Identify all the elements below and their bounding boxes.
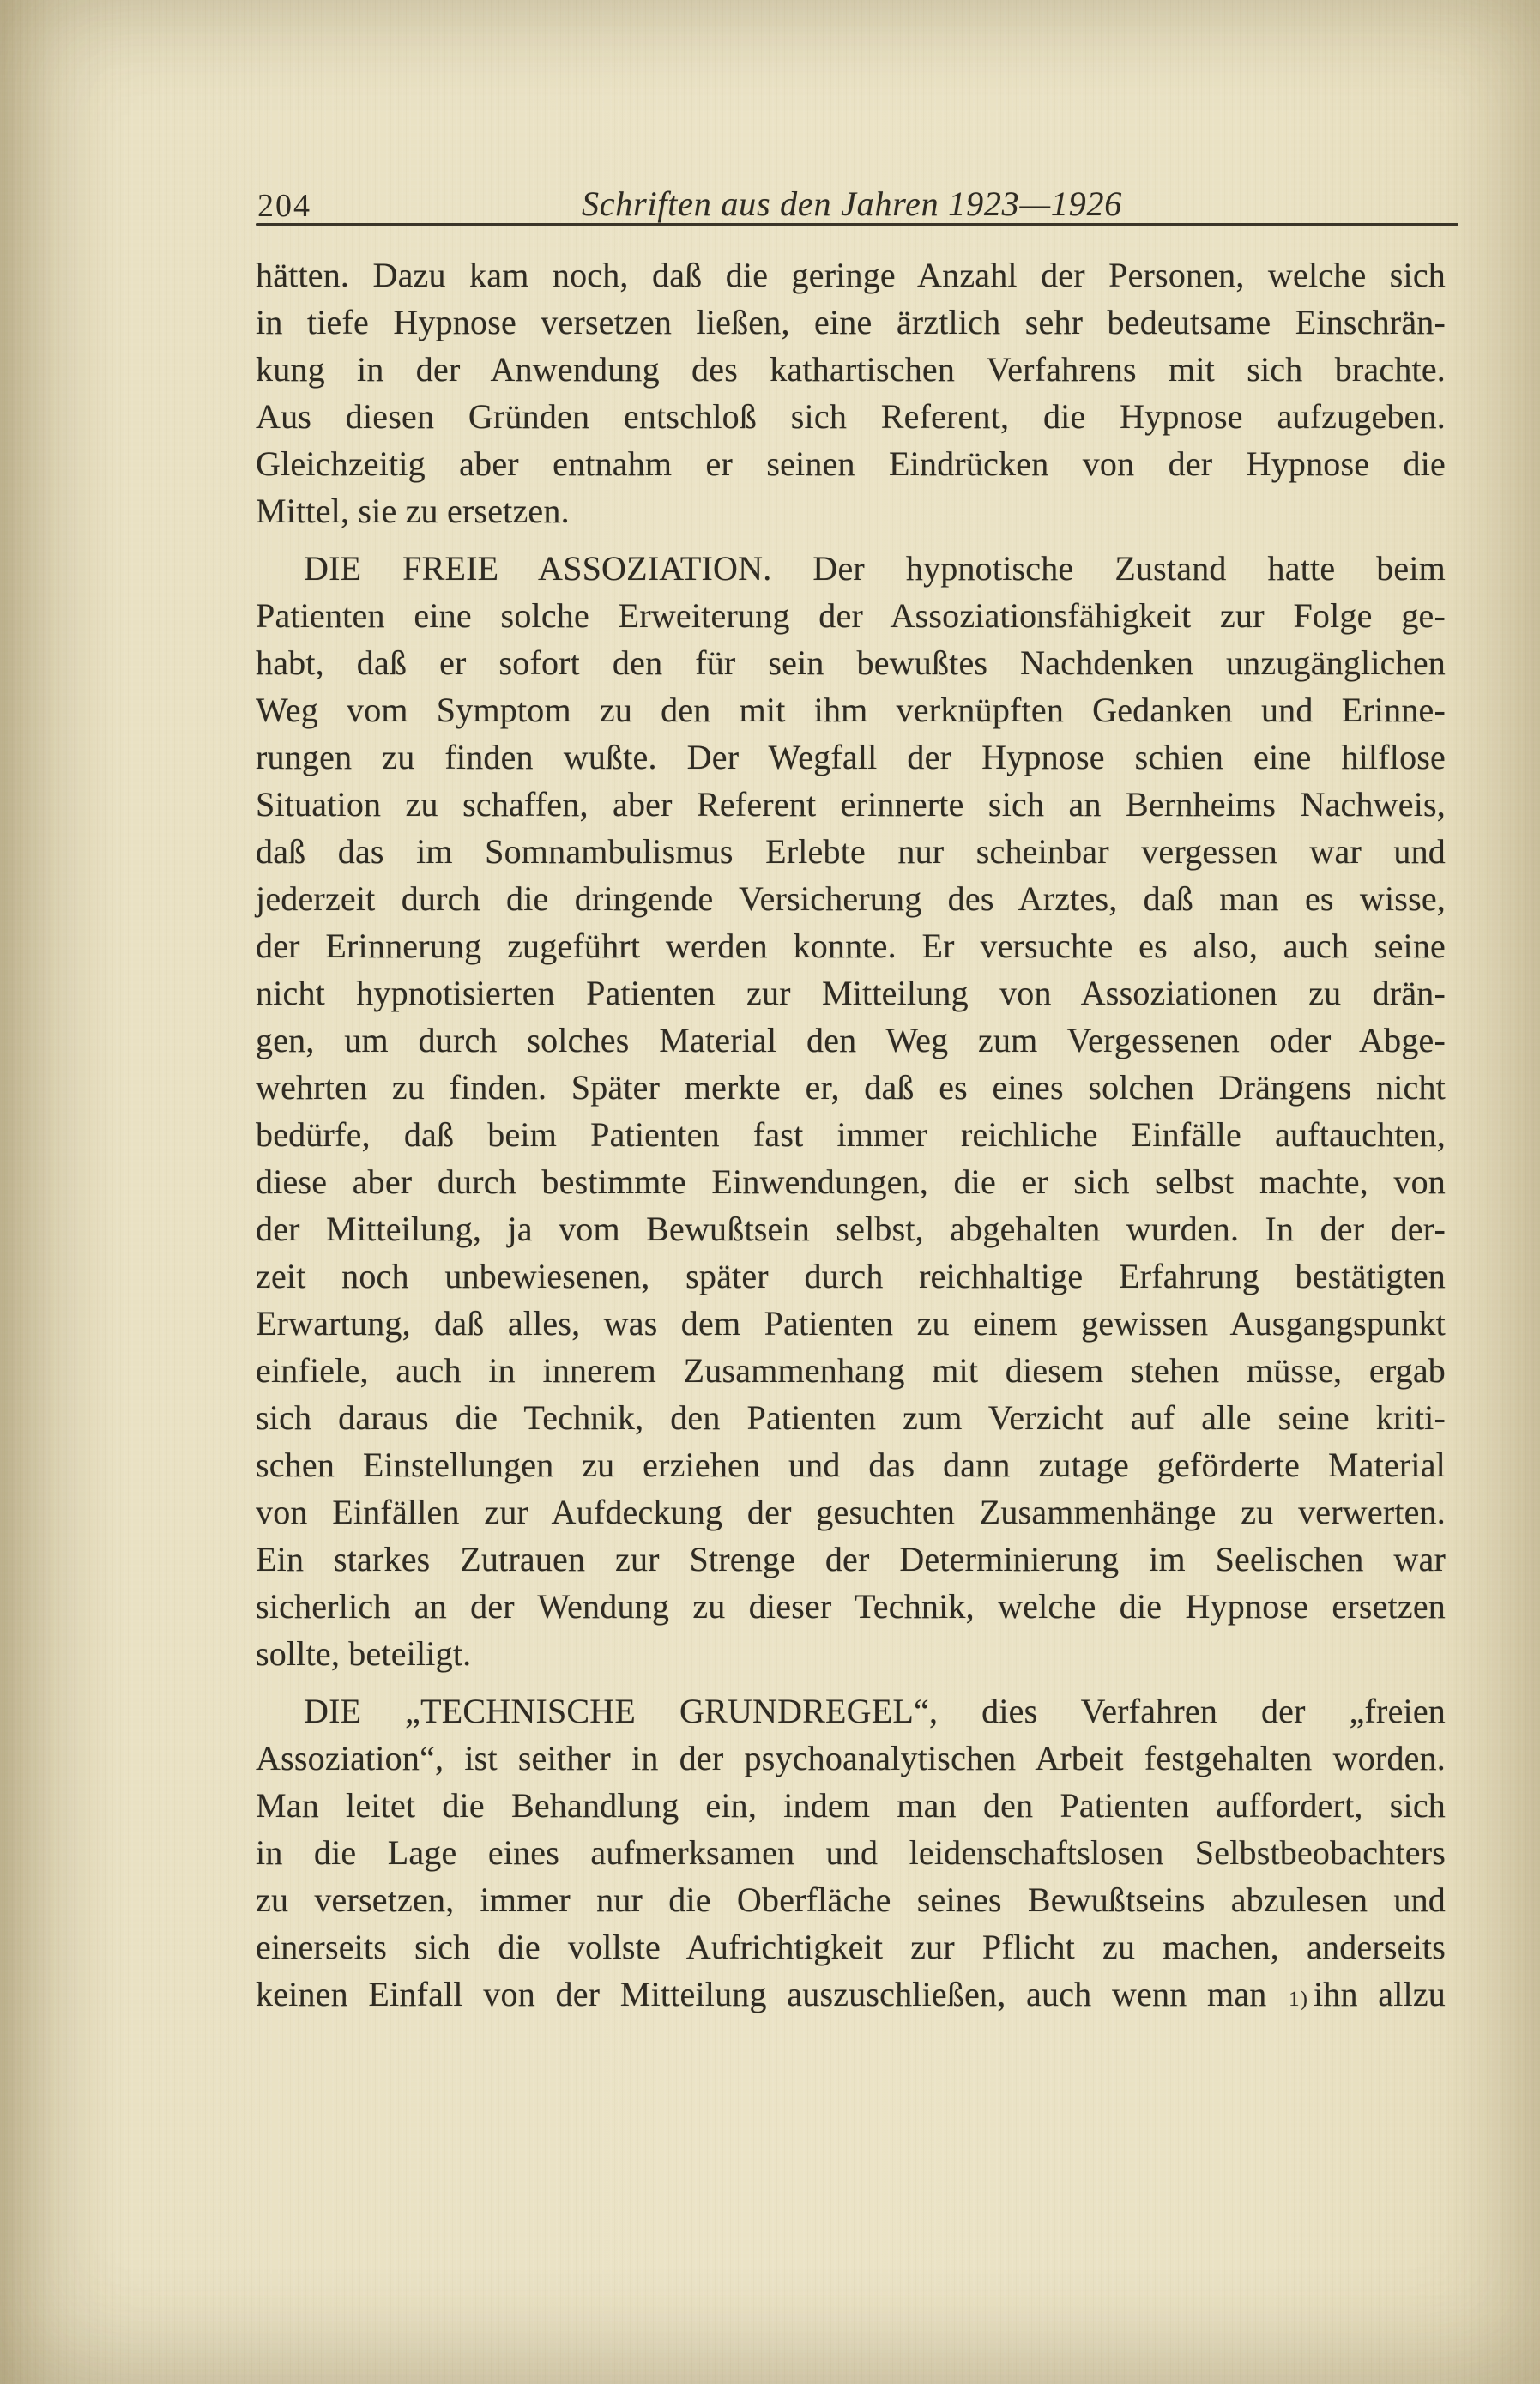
text-line: Mittel, sie zu ersetzen.: [256, 487, 1446, 534]
footnote-marker: 1): [1287, 1988, 1314, 2011]
text-line: zeit noch unbewiesenen, später durch rei…: [256, 1252, 1446, 1300]
text-line: von Einfällen zur Aufdeckung der gesucht…: [256, 1488, 1446, 1536]
text-line: sicherlich an der Wendung zu dieser Tech…: [256, 1583, 1446, 1630]
text-line: Man leitet die Behandlung ein, indem man…: [256, 1782, 1446, 1829]
text-line: diese aber durch bestimmte Einwendungen,…: [256, 1158, 1446, 1205]
text-line: nicht hypnotisierten Patienten zur Mitte…: [256, 969, 1446, 1017]
text-line: daß das im Somnambulismus Erlebte nur sc…: [256, 828, 1446, 875]
text-line: keinen Einfall von der Mitteilung auszus…: [256, 1971, 1446, 2023]
text-line: schen Einstellungen zu erziehen und das …: [256, 1441, 1446, 1488]
text-line: sich daraus die Technik, den Patienten z…: [256, 1394, 1446, 1441]
book-page-scan: 204 Schriften aus den Jahren 1923—1926 h…: [0, 0, 1540, 2384]
text-line: Situation zu schaffen, aber Referent eri…: [256, 781, 1446, 828]
text-line: in tiefe Hypnose versetzen ließen, eine …: [256, 299, 1446, 346]
text-line: gen, um durch solches Material den Weg z…: [256, 1017, 1446, 1064]
text-line: Patienten eine solche Erweiterung der As…: [256, 592, 1446, 639]
text-line: jederzeit durch die dringende Versicheru…: [256, 875, 1446, 922]
text-line: Gleichzeitig aber entnahm er seinen Eind…: [256, 440, 1446, 487]
paragraph: hätten. Dazu kam noch, daß die geringe A…: [256, 251, 1446, 534]
text-line: Ein starkes Zutrauen zur Strenge der Det…: [256, 1536, 1446, 1583]
text-line: Erwartung, daß alles, was dem Patienten …: [256, 1300, 1446, 1347]
text-line: DIE „TECHNISCHE GRUNDREGEL“, dies Verfah…: [256, 1687, 1446, 1735]
text-line: Weg vom Symptom zu den mit ihm verknüpft…: [256, 686, 1446, 733]
text-line: Assoziation“, ist seither in der psychoa…: [256, 1735, 1446, 1782]
text-line: DIE FREIE ASSOZIATION. Der hypnotische Z…: [256, 545, 1446, 592]
paragraph: DIE FREIE ASSOZIATION. Der hypnotische Z…: [256, 545, 1446, 1677]
text-line: wehrten zu finden. Später merkte er, daß…: [256, 1064, 1446, 1111]
running-title: Schriften aus den Jahren 1923—1926: [256, 184, 1448, 224]
text-line: sollte, beteiligt.: [256, 1630, 1446, 1677]
text-line: einerseits sich die vollste Aufrichtigke…: [256, 1923, 1446, 1971]
text-line: rungen zu finden wußte. Der Wegfall der …: [256, 733, 1446, 781]
text-line: einfiele, auch in innerem Zusammenhang m…: [256, 1347, 1446, 1394]
text-line: der Erinnerung zugeführt werden konnte. …: [256, 922, 1446, 969]
text-line: bedürfe, daß beim Patienten fast immer r…: [256, 1111, 1446, 1158]
text-line: habt, daß er sofort den für sein bewußte…: [256, 639, 1446, 686]
text-line: in die Lage eines aufmerksamen und leide…: [256, 1829, 1446, 1876]
header-rule: [256, 223, 1458, 226]
text-line: zu versetzen, immer nur die Oberfläche s…: [256, 1876, 1446, 1923]
page-body: hätten. Dazu kam noch, daß die geringe A…: [256, 251, 1446, 2023]
page-header: 204 Schriften aus den Jahren 1923—1926: [256, 184, 1448, 226]
text-line: kung in der Anwendung des kathartischen …: [256, 346, 1446, 393]
paragraph: DIE „TECHNISCHE GRUNDREGEL“, dies Verfah…: [256, 1687, 1446, 2023]
text-line: Aus diesen Gründen entschloß sich Refere…: [256, 393, 1446, 440]
text-line: hätten. Dazu kam noch, daß die geringe A…: [256, 251, 1446, 299]
text-line: der Mitteilung, ja vom Bewußtsein selbst…: [256, 1205, 1446, 1252]
